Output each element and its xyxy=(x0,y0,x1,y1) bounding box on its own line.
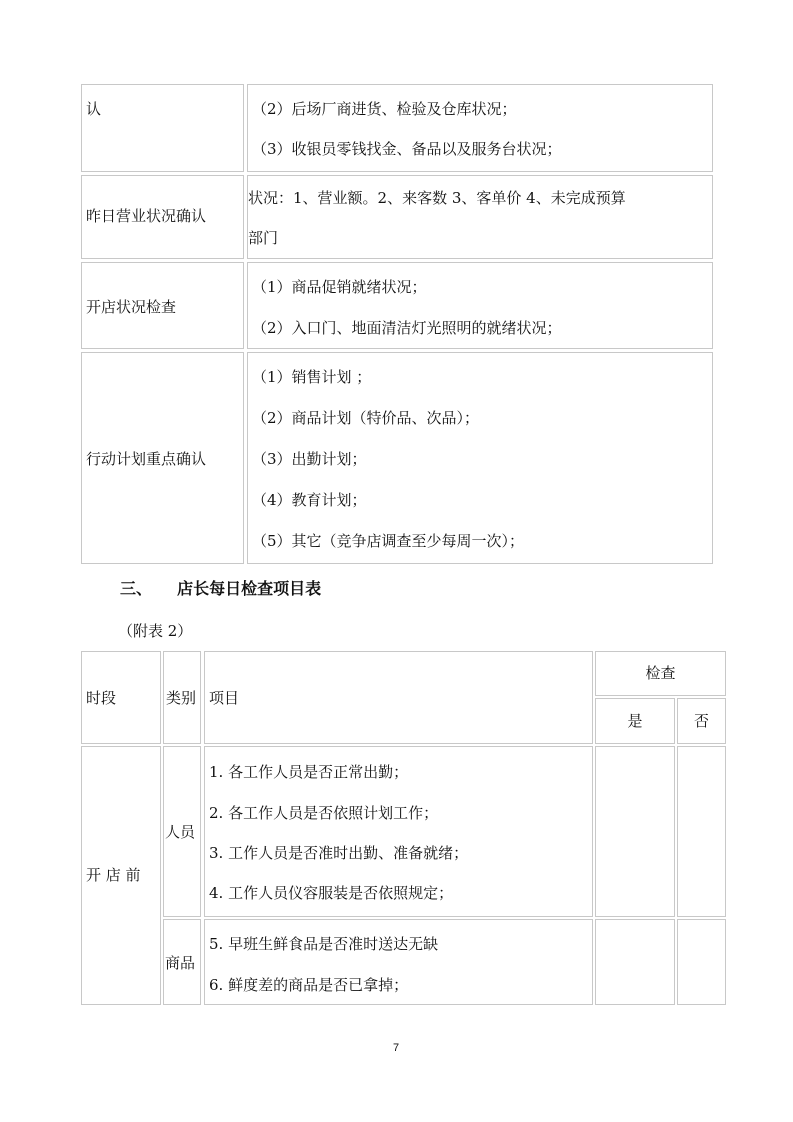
row-label: 开店状况检查 xyxy=(86,297,176,317)
section-number: 三、 xyxy=(120,579,152,598)
check-item: 3. 工作人员是否准时出勤、准备就绪； xyxy=(209,843,468,863)
no-checkbox-cell[interactable] xyxy=(677,919,726,1005)
table-row-content-cell: （1）商品促销就绪状况； （2）入口门、地面清洁灯光照明的就绪状况； xyxy=(247,262,713,349)
row-line: （1）销售计划 ； xyxy=(252,367,371,387)
table-row-label-cell: 昨日营业状况确认 xyxy=(81,175,244,259)
header-check: 检查 xyxy=(595,651,726,696)
row-label: 认 xyxy=(86,99,101,119)
row-line: （3）出勤计划； xyxy=(252,449,367,469)
check-item: 4. 工作人员仪容服装是否依照规定； xyxy=(209,883,453,903)
header-item: 项目 xyxy=(204,651,593,744)
table-row-content-cell: 状况：1、营业额。2、来客数 3、客单价 4、未完成预算 部门 xyxy=(247,175,713,259)
table-row-label-cell: 认 xyxy=(81,84,244,172)
no-checkbox-cell[interactable] xyxy=(677,746,726,917)
row-line: （2）入口门、地面清洁灯光照明的就绪状况； xyxy=(252,318,562,338)
category-cell: 人员 xyxy=(163,746,201,917)
header-no: 否 xyxy=(677,698,726,744)
period-cell: 开 店 前 xyxy=(81,746,161,1005)
category-label: 人员 xyxy=(165,822,195,842)
check-item: 2. 各工作人员是否依照计划工作； xyxy=(209,803,438,823)
header-category: 类别 xyxy=(163,651,201,744)
section-title: 店长每日检查项目表 xyxy=(177,579,321,598)
row-line: 状况：1、营业额。2、来客数 3、客单价 4、未完成预算 xyxy=(248,188,626,208)
check-item: 5. 早班生鲜食品是否准时送达无缺 xyxy=(209,934,438,954)
category-cell: 商品 xyxy=(163,919,201,1005)
row-label: 昨日营业状况确认 xyxy=(86,206,206,226)
row-line: （4）教育计划； xyxy=(252,490,367,510)
check-item: 6. 鲜度差的商品是否已拿掉； xyxy=(209,975,408,995)
row-line: （2）后场厂商进货、检验及仓库状况； xyxy=(252,99,517,119)
yes-checkbox-cell[interactable] xyxy=(595,919,675,1005)
category-label: 商品 xyxy=(165,953,195,973)
row-label: 行动计划重点确认 xyxy=(86,449,206,469)
table-row-label-cell: 行动计划重点确认 xyxy=(81,352,244,564)
appendix-label: （附表 2） xyxy=(118,621,192,641)
row-line: （1）商品促销就绪状况； xyxy=(252,277,427,297)
section-heading: 三、 店长每日检查项目表 xyxy=(120,576,321,599)
row-line: 部门 xyxy=(248,228,278,248)
check-item: 1. 各工作人员是否正常出勤； xyxy=(209,762,408,782)
yes-checkbox-cell[interactable] xyxy=(595,746,675,917)
table-row-label-cell: 开店状况检查 xyxy=(81,262,244,349)
table-row-content-cell: （2）后场厂商进货、检验及仓库状况； （3）收银员零钱找金、备品以及服务台状况； xyxy=(247,84,713,172)
table-row-content-cell: （1）销售计划 ； （2）商品计划（特价品、次品）； （3）出勤计划； （4）教… xyxy=(247,352,713,564)
period-label: 开 店 前 xyxy=(86,865,141,885)
row-line: （3）收银员零钱找金、备品以及服务台状况； xyxy=(252,139,562,159)
page-number: 7 xyxy=(393,1042,399,1054)
row-line: （2）商品计划（特价品、次品）； xyxy=(252,408,479,428)
items-cell: 1. 各工作人员是否正常出勤； 2. 各工作人员是否依照计划工作； 3. 工作人… xyxy=(204,746,593,917)
header-yes: 是 xyxy=(595,698,675,744)
header-period: 时段 xyxy=(81,651,161,744)
row-line: （5）其它（竞争店调查至少每周一次）； xyxy=(252,531,524,551)
items-cell: 5. 早班生鲜食品是否准时送达无缺 6. 鲜度差的商品是否已拿掉； xyxy=(204,919,593,1005)
